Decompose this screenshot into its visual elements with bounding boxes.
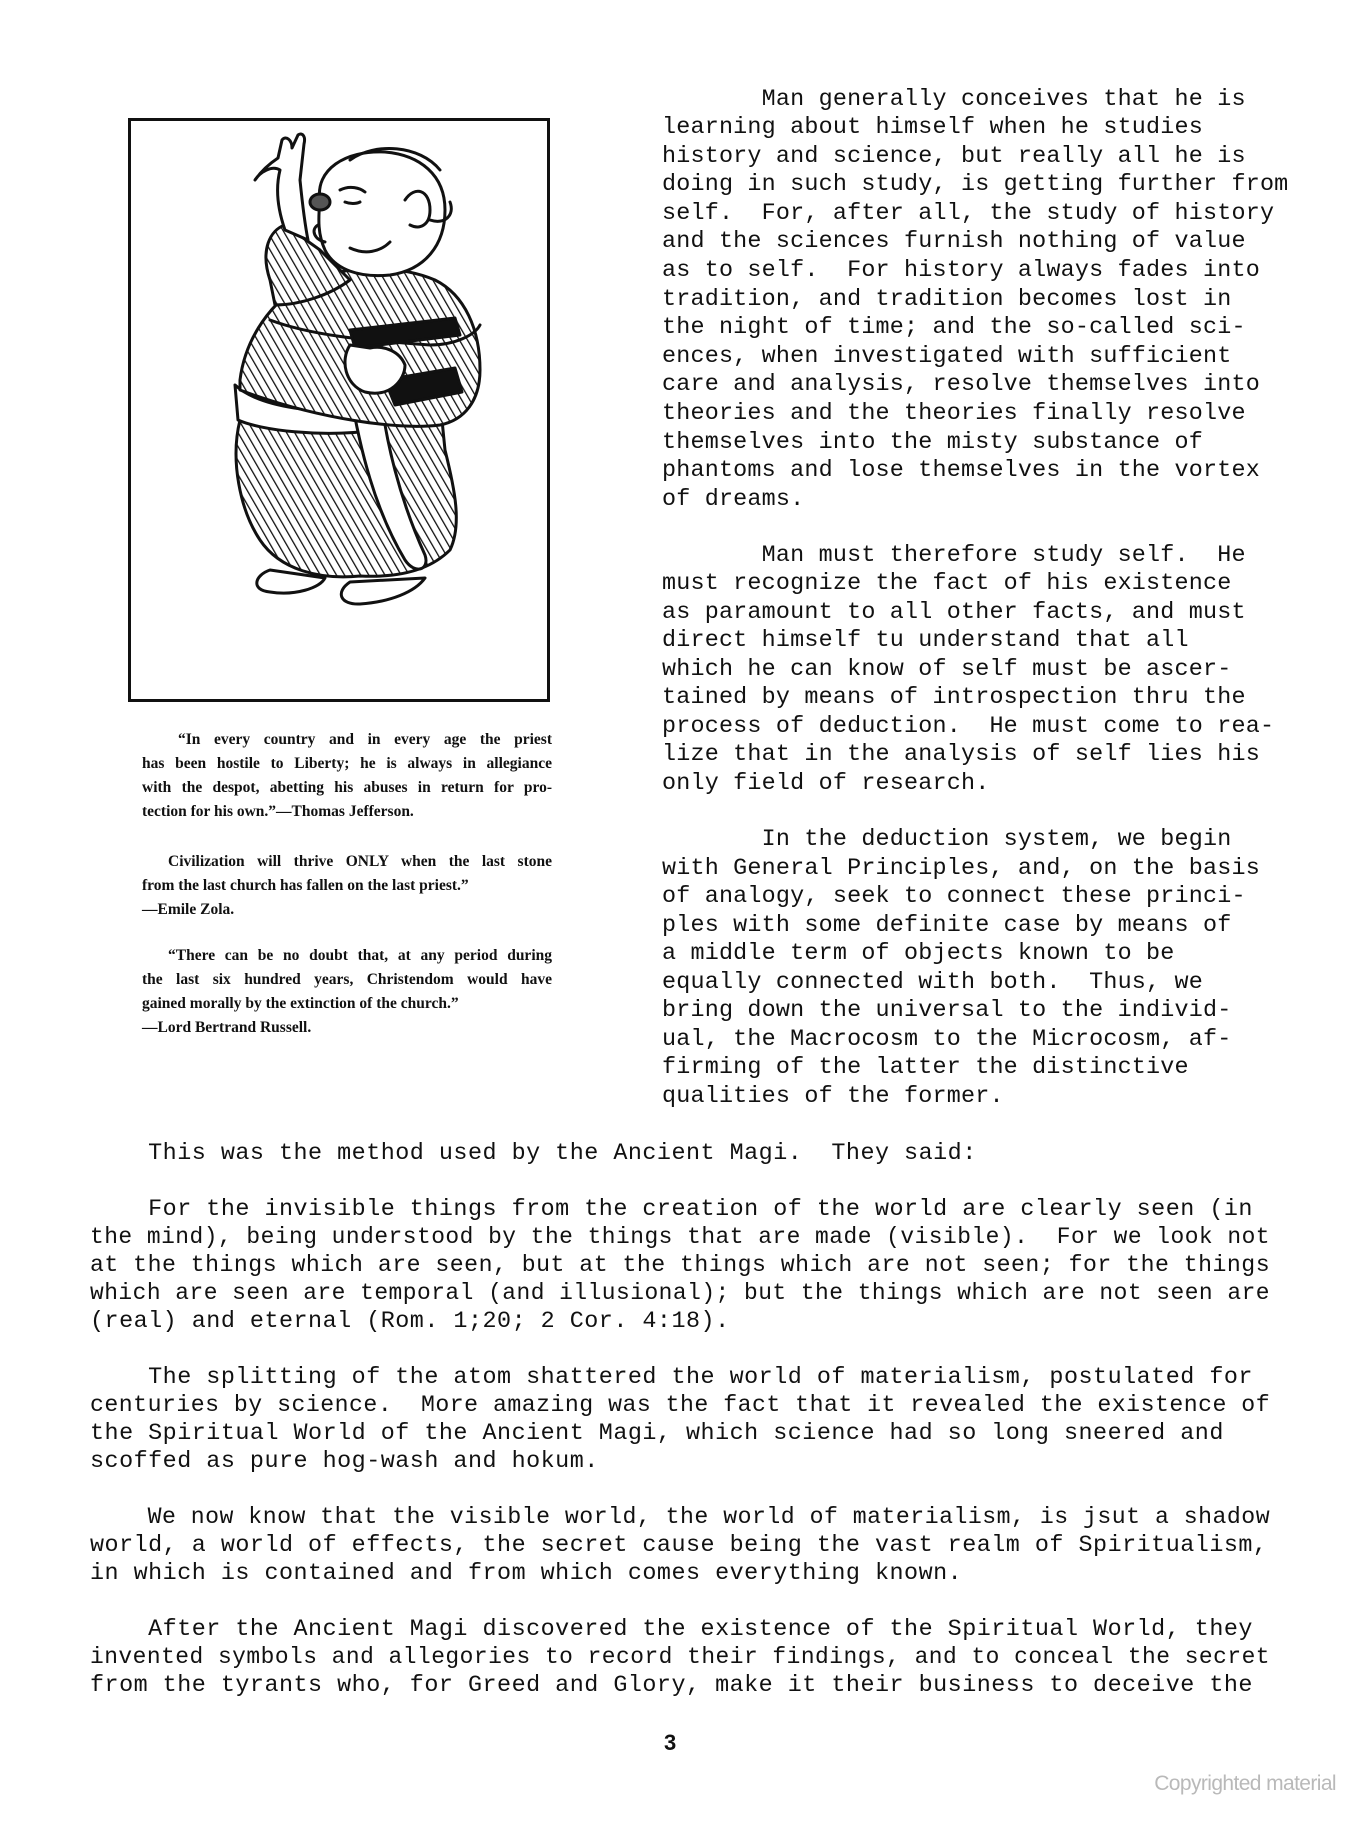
text-line: with General Principles, and, on the bas… [662, 855, 1260, 884]
text-line: phantoms and lose themselves in the vort… [662, 457, 1260, 486]
text-line: process of deduction. He must come to re… [662, 713, 1274, 742]
text-line: history and science, but really all he i… [662, 143, 1246, 172]
text-line: centuries by science. More amazing was t… [90, 1392, 1270, 1420]
text-line: bring down the universal to the individ- [662, 997, 1231, 1026]
text-line: In the deduction system, we begin [662, 826, 1231, 855]
caption-line: Civilization will thrive ONLY when the l… [168, 850, 552, 874]
text-line: the mind), being understood by the thing… [90, 1224, 1270, 1252]
text-line: which are seen are temporal (and illusio… [90, 1280, 1270, 1308]
text-line: the Spiritual World of the Ancient Magi,… [90, 1420, 1224, 1448]
caption-line: —Emile Zola. [142, 898, 552, 922]
caption-line: gained morally by the extinction of the … [142, 992, 552, 1016]
text-line: of dreams. [662, 486, 804, 515]
text-line: direct himself tu understand that all [662, 627, 1189, 656]
text-line: (real) and eternal (Rom. 1;20; 2 Cor. 4:… [90, 1308, 730, 1336]
caption-line: with the despot, abetting his abuses in … [142, 776, 552, 800]
text-line: tained by means of introspection thru th… [662, 684, 1246, 713]
text-line: as to self. For history always fades int… [662, 257, 1260, 286]
text-line: ences, when investigated with sufficient [662, 343, 1231, 372]
caption-line: “There can be no doubt that, at any peri… [168, 944, 552, 968]
caption-line: tection for his own.”—Thomas Jefferson. [142, 800, 552, 824]
text-line: equally connected with both. Thus, we [662, 969, 1203, 998]
text-line: the night of time; and the so-called sci… [662, 314, 1246, 343]
text-line: themselves into the misty substance of [662, 429, 1203, 458]
document-page: Man generally conceives that he is learn… [0, 0, 1359, 1837]
text-line: After the Ancient Magi discovered the ex… [90, 1616, 1253, 1644]
text-line: and the sciences furnish nothing of valu… [662, 228, 1246, 257]
page-number: 3 [664, 1730, 676, 1756]
text-line: must recognize the fact of his existence [662, 570, 1231, 599]
text-line: ples with some definite case by means of [662, 912, 1231, 941]
text-line: from the tyrants who, for Greed and Glor… [90, 1672, 1253, 1700]
text-line: learning about himself when he studies [662, 114, 1203, 143]
text-line: only field of research. [662, 770, 989, 799]
text-line: self. For, after all, the study of histo… [662, 200, 1274, 229]
text-line: care and analysis, resolve themselves in… [662, 371, 1260, 400]
text-line: tradition, and tradition becomes lost in [662, 286, 1231, 315]
text-line: a middle term of objects known to be [662, 940, 1175, 969]
text-line: For the invisible things from the creati… [90, 1196, 1253, 1224]
text-line: of analogy, seek to connect these princi… [662, 883, 1246, 912]
text-line: firming of the latter the distinctive [662, 1054, 1189, 1083]
caption-line: —Lord Bertrand Russell. [142, 1016, 552, 1040]
text-line: which he can know of self must be ascer- [662, 656, 1231, 685]
caption-line: from the last church has fallen on the l… [142, 874, 552, 898]
text-line: scoffed as pure hog-wash and hokum. [90, 1448, 599, 1476]
text-line: in which is contained and from which com… [90, 1560, 962, 1588]
text-line: as paramount to all other facts, and mus… [662, 599, 1246, 628]
text-line: doing in such study, is getting further … [662, 171, 1288, 200]
caption-line: has been hostile to Liberty; he is alway… [142, 752, 552, 776]
text-line: ual, the Macrocosm to the Microcosm, af- [662, 1026, 1231, 1055]
caption-line: the last six hundred years, Christendom … [142, 968, 552, 992]
text-line: Man generally conceives that he is [662, 86, 1246, 115]
caption-line: “In every country and in every age the p… [178, 728, 552, 752]
priest-cartoon-illustration [200, 130, 520, 610]
text-line: We now know that the visible world, the … [90, 1504, 1270, 1532]
text-line: theories and the theories finally resolv… [662, 400, 1246, 429]
text-line: world, a world of effects, the secret ca… [90, 1532, 1267, 1560]
text-line: This was the method used by the Ancient … [90, 1140, 977, 1168]
copyright-watermark: Copyrighted material [1100, 1772, 1336, 1796]
text-line: qualities of the former. [662, 1083, 1004, 1112]
text-line: lize that in the analysis of self lies h… [662, 741, 1260, 770]
text-line: invented symbols and allegories to recor… [90, 1644, 1270, 1672]
text-line: The splitting of the atom shattered the … [90, 1364, 1253, 1392]
text-line: Man must therefore study self. He [662, 542, 1246, 571]
text-line: at the things which are seen, but at the… [90, 1252, 1270, 1280]
